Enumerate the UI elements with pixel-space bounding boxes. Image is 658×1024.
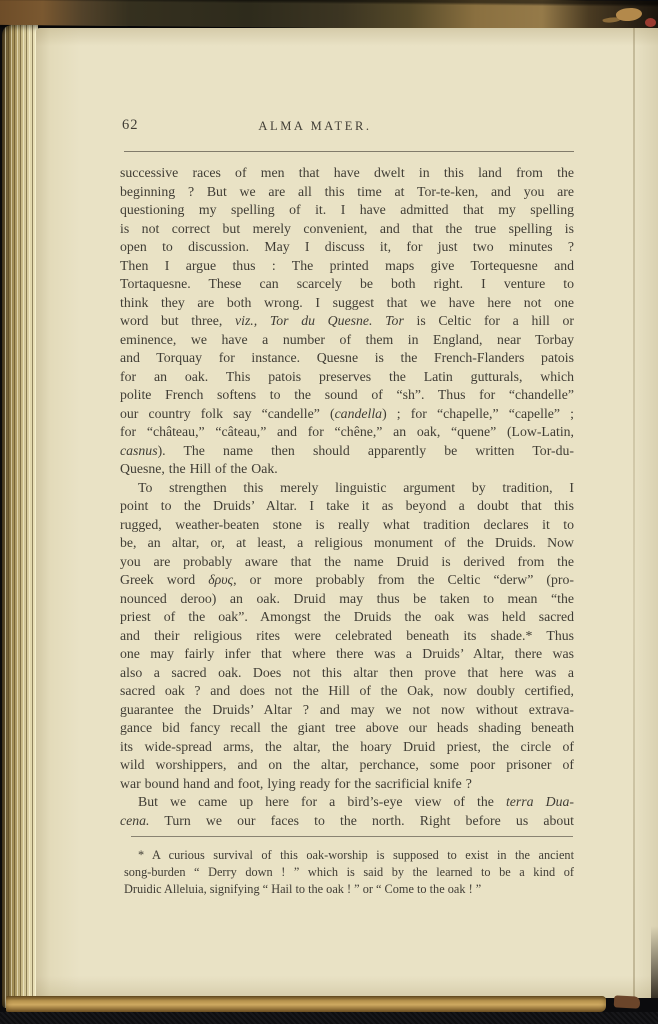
text-line: and their religious rites were celebrate… [120, 627, 574, 646]
text-line: Tortaquesne. These can scarcely be both … [120, 275, 574, 294]
running-title: ALMA MATER. [36, 119, 594, 134]
text-line: * A curious survival of this oak-worship… [124, 847, 574, 864]
text-line: Greek word δρυς, or more probably from t… [120, 571, 574, 590]
text-line: Druidic Alleluia, signifying “ Hail to t… [124, 881, 574, 898]
text-line: Then I argue thus : The printed maps giv… [120, 257, 574, 276]
text-line: point to the Druids’ Altar. I take it as… [120, 497, 574, 516]
text-line: war bound hand and foot, lying ready for… [120, 775, 574, 794]
text-line: wild worshippers, and on the altar, perc… [120, 756, 574, 775]
background-cloth [0, 1012, 658, 1024]
book-photo: 62 ALMA MATER. successive races of men t… [0, 0, 658, 1024]
text-line: also a sacred oak. Does not this altar t… [120, 664, 574, 683]
header-rule [124, 151, 574, 152]
text-line: polite French softens to the sound of “s… [120, 386, 574, 405]
book-bottom-edge [6, 996, 606, 1012]
text-line: nounced deroo) an oak. Druid may thus be… [120, 590, 574, 609]
book-page: 62 ALMA MATER. successive races of men t… [36, 28, 658, 998]
text-line: word but three, viz., Tor du Quesne. Tor… [120, 312, 574, 331]
text-line: one may fairly infer that where there wa… [120, 645, 574, 664]
text-line: its wide-spread arms, the altar, the hoa… [120, 738, 574, 757]
text-line: guarantee the Druids’ Altar ? and may we… [120, 701, 574, 720]
text-line: But we came up here for a bird’s-eye vie… [120, 793, 574, 812]
footnote-rule [131, 836, 573, 837]
text-line: beginning ? But we are all this time at … [120, 183, 574, 202]
frayed-corner-red [645, 18, 656, 27]
text-line: gance bid fancy recall the giant tree ab… [120, 719, 574, 738]
text-line: and Torquay for instance. Quesne is the … [120, 349, 574, 368]
text-line: successive races of men that have dwelt … [120, 164, 574, 183]
text-line: Quesne, the Hill of the Oak. [120, 460, 574, 479]
text-line: To strengthen this merely linguistic arg… [120, 479, 574, 498]
page-corner-shadow [651, 926, 658, 998]
page-crease [633, 28, 635, 998]
text-line: sacred oak ? and does not the Hill of th… [120, 682, 574, 701]
book-top-binding [0, 0, 658, 31]
text-line: be, an altar, or, at least, a religious … [120, 534, 574, 553]
text-line: eminence, we have a number of them in En… [120, 331, 574, 350]
text-line: rugged, weather-beaten stone is really w… [120, 516, 574, 535]
text-line: questioning my spelling of it. I have ad… [120, 201, 574, 220]
bottom-edge-fragment [614, 995, 641, 1008]
footnote-text: * A curious survival of this oak-worship… [124, 847, 574, 897]
page-text: successive races of men that have dwelt … [120, 164, 574, 830]
text-line: is not correct but merely convenient, an… [120, 220, 574, 239]
text-line: casnus). The name then should apparently… [120, 442, 574, 461]
text-line: for an oak. This patois preserves the La… [120, 368, 574, 387]
text-line: cena. Turn we our faces to the north. Ri… [120, 812, 574, 831]
text-line: for “château,” “câteau,” and for “chêne,… [120, 423, 574, 442]
text-line: our country folk say “candelle” (candell… [120, 405, 574, 424]
page-edges-stack [2, 25, 38, 1008]
text-line: open to discussion. May I discuss it, fo… [120, 238, 574, 257]
text-line: you are probably aware that the name Dru… [120, 553, 574, 572]
text-line: priest of the oak”. Amongst the Druids t… [120, 608, 574, 627]
text-line: song-burden “ Derry down ! ” which is sa… [124, 864, 574, 881]
text-line: think they are both wrong. I suggest tha… [120, 294, 574, 313]
